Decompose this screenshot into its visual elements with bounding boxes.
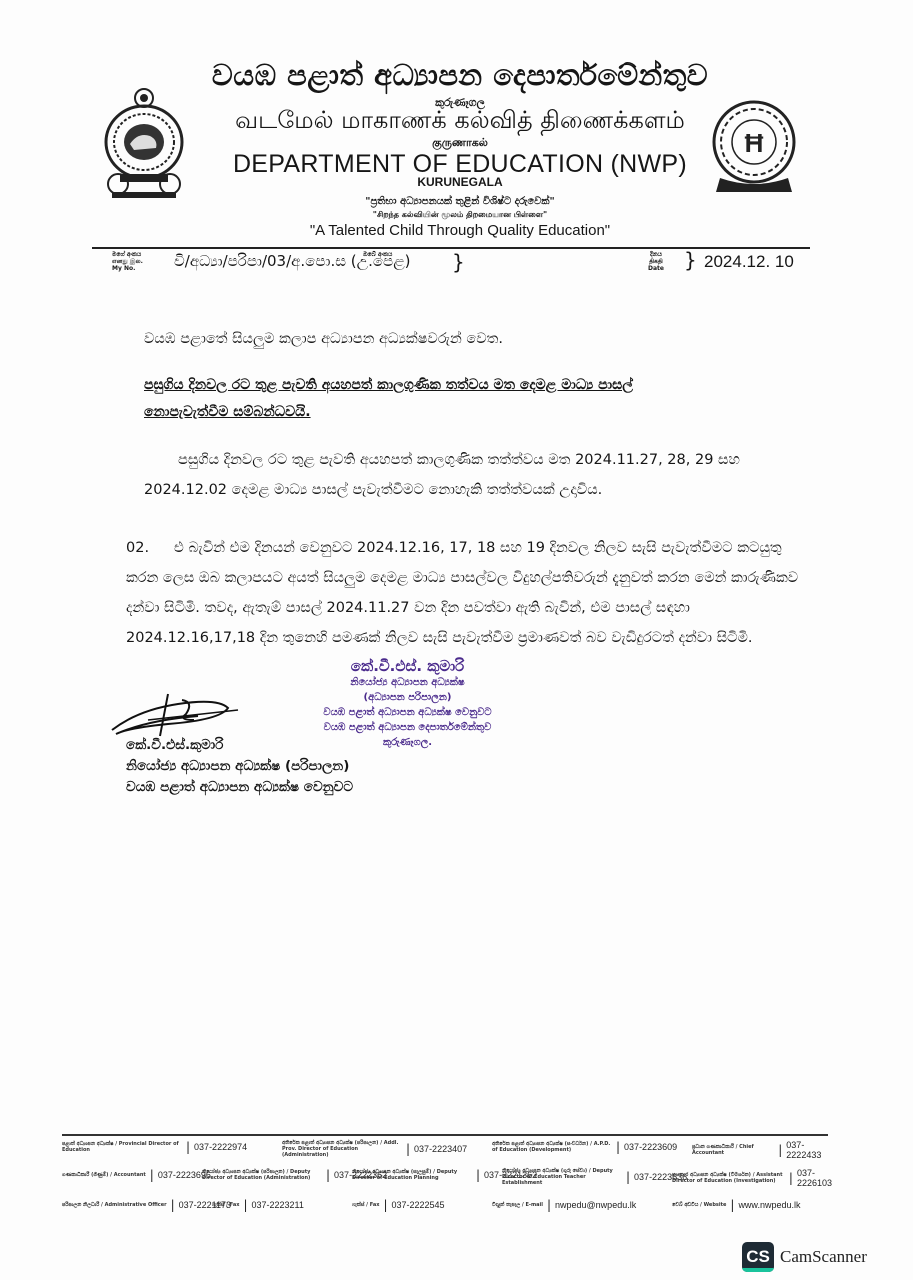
- footer-contact: අතිරේක පළාත් අධ්‍යාපන අධ්‍යක්ෂ (පරිපාලන)…: [282, 1140, 467, 1158]
- footer-contact: ගණකාධිකාරී (ගිණුම්) / Accountant|037-222…: [62, 1168, 211, 1182]
- footer-contact: වෙබ් අඩවිය / Website|www.nwpedu.lk: [672, 1198, 800, 1212]
- footer-row-3: පරිපාලන නිලධාරී / Administrative Officer…: [62, 1198, 832, 1222]
- date-bracket: }: [684, 248, 697, 272]
- camscanner-logo-icon: CS: [742, 1242, 774, 1272]
- footer-contact: පළාත් අධ්‍යාපන අධ්‍යක්ෂ / Provincial Dir…: [62, 1140, 247, 1154]
- paragraph-number: 02.: [126, 533, 149, 563]
- addressee: වයඹ පළාතේ සියලුම කලාප අධ්‍යාපන අධ්‍යක්ෂව…: [144, 324, 503, 354]
- signatory-on-behalf: වයඹ පළාත් අධ්‍යාපන අධ්‍යක්ෂ වෙනුවට: [126, 777, 353, 798]
- footer-contact: අතිරේක පළාත් අධ්‍යාපන අධ්‍යක්ෂ (සංවර්ධන)…: [492, 1140, 677, 1154]
- letter-date: 2024.12. 10: [704, 252, 794, 272]
- footer-contact: සහකාර අධ්‍යාපන අධ්‍යක්ෂ (විමර්ශන) / Assi…: [672, 1168, 832, 1188]
- motto-english: "A Talented Child Through Quality Educat…: [230, 222, 690, 239]
- letter-page: Ħ වයඹ පළාත් අධ්‍යාපන දෙපාර්තමේන්තුව කුරු…: [0, 0, 913, 1280]
- handwritten-signature-icon: [108, 690, 248, 740]
- footer-divider: [62, 1134, 828, 1136]
- signatory-title: නියෝජ්‍ය අධ්‍යාපන අධ්‍යක්ෂ (පරිපාලන): [126, 756, 353, 777]
- paragraph-2-text: එ බැවින් එම දිනයන් වෙනුවට 2024.12.16, 17…: [126, 540, 798, 646]
- footer-row-1: පළාත් අධ්‍යාපන අධ්‍යක්ෂ / Provincial Dir…: [62, 1140, 832, 1164]
- your-number-label: ඔබේ අංකය: [363, 251, 392, 258]
- paragraph-1: පසුගිය දිනවල රට තුළ පැවති අයහපත් කාලගුණි…: [144, 445, 794, 505]
- motto-sinhala: "ප්‍රතිභා අධ්‍යාපනයක් තුළින් විශිෂ්ට දරු…: [260, 196, 660, 207]
- sri-lanka-emblem-icon: [98, 82, 190, 202]
- city-english: KURUNEGALA: [380, 175, 540, 189]
- footer-contact: නියෝජ්‍ය අධ්‍යාපන අධ්‍යක්ෂ (ගුරු සේවා) /…: [502, 1168, 687, 1186]
- motto-tamil: "சிறந்த கல்வியின் மூலம் திறமையான பிள்ளை": [260, 210, 660, 220]
- footer-row-2: ගණකාධිකාරී (ගිණුම්) / Accountant|037-222…: [62, 1168, 832, 1192]
- footer-contact: පරිපාලන නිලධාරී / Administrative Officer…: [62, 1198, 231, 1212]
- camscanner-watermark: CS CamScanner: [742, 1242, 867, 1272]
- signatory-block: කේ.වී.එස්.කුමාරි නියෝජ්‍ය අධ්‍යාපන අධ්‍ය…: [126, 735, 353, 798]
- signatory-name: කේ.වී.එස්.කුමාරි: [126, 735, 353, 756]
- footer-contact: ප්‍රධාන ගණකාධිකාරී / Chief Accountant|03…: [692, 1140, 832, 1160]
- svg-text:Ħ: Ħ: [745, 128, 764, 158]
- stamp-name: කේ.වී.එස්. කුමාරි: [300, 657, 515, 675]
- date-label: දිනය திகதி Date: [648, 251, 664, 272]
- city-tamil: குருணாகல்: [380, 136, 540, 151]
- my-number-label: මගේ අංකය எனது இல. My No.: [112, 251, 143, 272]
- paragraph-2: 02. එ බැවින් එම දිනයන් වෙනුවට 2024.12.16…: [126, 533, 806, 653]
- dept-title-sinhala: වයඹ පළාත් අධ්‍යාපන දෙපාර්තමේන්තුව: [180, 58, 740, 93]
- footer-contact: ෆැක්ස් / Fax|037-2223211: [212, 1198, 304, 1212]
- dept-title-tamil: வடமேல் மாகாணக் கல்வித் திணைக்களம்: [180, 106, 740, 137]
- subject-line: පසුගිය දිනවල රට තුළ පැවති අයහපත් කාලගුණි…: [144, 372, 704, 426]
- camscanner-brand: CamScanner: [780, 1247, 867, 1267]
- reference-bracket: }: [452, 250, 465, 274]
- footer-contact: ෆැක්ස් / Fax|037-2222545: [352, 1198, 445, 1212]
- footer-contact: විද්‍යුත් තැපෑල / E-mail|nwpedu@nwpedu.l…: [492, 1198, 636, 1212]
- header-divider: [92, 247, 810, 249]
